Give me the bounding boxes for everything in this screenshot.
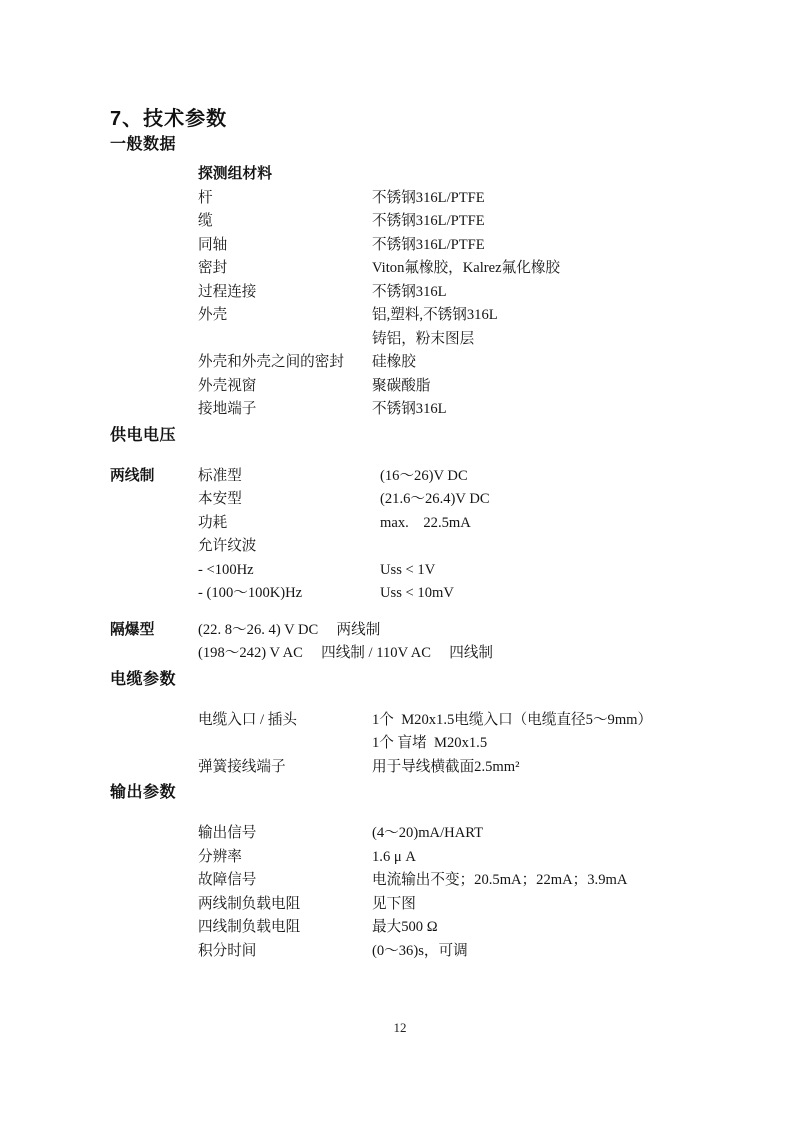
spec-value: 不锈钢316L/PTFE [372,210,752,234]
table-row: 缆 不锈钢316L/PTFE [110,210,752,234]
spec-label: 同轴 [198,234,372,258]
spec-value: 1个 盲堵 M20x1.5 [372,732,752,756]
technical-parameters-page: 7、技术参数 一般数据 探测组材料 杆 不锈钢316L/PTFE 缆 不锈钢31… [0,0,800,963]
table-row: 杆 不锈钢316L/PTFE [110,187,752,211]
spec-label: 接地端子 [198,398,372,422]
table-row: 两线制 标准型 (16～26)V DC [110,465,752,489]
spec-label: 故障信号 [198,869,372,893]
table-row: - (100～100K)Hz Uss < 10mV [110,582,752,606]
general-data-table: 探测组材料 杆 不锈钢316L/PTFE 缆 不锈钢316L/PTFE 同轴 不… [110,163,752,422]
supply-voltage-heading: 供电电压 [110,422,752,445]
spec-value: 铸铝，粉末图层 [372,328,752,352]
table-row: 探测组材料 [110,163,752,187]
spec-value [380,535,752,559]
spec-value: (21.6～26.4)V DC [380,488,752,512]
spec-value: max. 22.5mA [380,512,752,536]
two-wire-table: 两线制 标准型 (16～26)V DC 本安型 (21.6～26.4)V DC … [110,465,752,606]
table-row: 外壳和外壳之间的密封 硅橡胶 [110,351,752,375]
spec-value: Uss < 10mV [380,582,752,606]
flameproof-table: 隔爆型 (22. 8～26. 4) V DC 两线制 (198～242) V A… [110,619,752,666]
spec-value: 不锈钢316L [372,281,752,305]
spec-label: 允许纹波 [198,535,380,559]
spec-value: 硅橡胶 [372,351,752,375]
spec-value: 铝,塑料,不锈钢316L [372,304,752,328]
spec-label: 弹簧接线端子 [198,756,372,780]
spec-value: (22. 8～26. 4) V DC 两线制 [198,619,752,643]
table-row: 铸铝，粉末图层 [110,328,752,352]
table-row: 同轴 不锈钢316L/PTFE [110,234,752,258]
table-row: 隔爆型 (22. 8～26. 4) V DC 两线制 [110,619,752,643]
spec-label: 标准型 [198,465,380,489]
table-row: 外壳视窗 聚碳酸脂 [110,375,752,399]
spec-value: (0～36)s，可调 [372,940,752,964]
spec-label: 积分时间 [198,940,372,964]
spec-value: 见下图 [372,893,752,917]
spec-label: 外壳视窗 [198,375,372,399]
spec-label: 输出信号 [198,822,372,846]
spec-value: 用于导线横截面2.5mm² [372,756,752,780]
two-wire-label: 两线制 [110,465,198,489]
table-row: (198～242) V AC 四线制 / 110V AC 四线制 [110,642,752,666]
output-parameters-heading: 输出参数 [110,779,752,802]
table-row: 过程连接 不锈钢316L [110,281,752,305]
spec-label: - <100Hz [198,559,380,583]
spec-value: 不锈钢316L/PTFE [372,234,752,258]
table-row: 四线制负载电阻 最大500 Ω [110,916,752,940]
spec-label: 外壳 [198,304,372,328]
spec-value: 不锈钢316L [372,398,752,422]
spec-label [198,732,372,756]
table-row: 分辨率 1.6 μ A [110,846,752,870]
section-supply-voltage: 供电电压 两线制 标准型 (16～26)V DC 本安型 (21.6～26.4)… [110,422,752,666]
spec-label: 两线制负载电阻 [198,893,372,917]
spec-label: 功耗 [198,512,380,536]
spec-value: (16～26)V DC [380,465,752,489]
spec-value: 电流输出不变；20.5mA；22mA；3.9mA [372,869,752,893]
table-row: 输出信号 (4～20)mA/HART [110,822,752,846]
probe-materials-subheading: 探测组材料 [198,163,372,187]
spec-label: 密封 [198,257,372,281]
spec-value: (4～20)mA/HART [372,822,752,846]
table-row: 电缆入口 / 插头 1个 M20x1.5电缆入口（电缆直径5～9mm） [110,709,752,733]
table-row: 外壳 铝,塑料,不锈钢316L [110,304,752,328]
table-row: 积分时间 (0～36)s，可调 [110,940,752,964]
output-table: 输出信号 (4～20)mA/HART 分辨率 1.6 μ A 故障信号 电流输出… [110,822,752,963]
spec-label: 四线制负载电阻 [198,916,372,940]
spec-label: 缆 [198,210,372,234]
table-row: 弹簧接线端子 用于导线横截面2.5mm² [110,756,752,780]
flameproof-label: 隔爆型 [110,619,198,643]
page-footer: 12 [0,1020,800,1036]
section-cable-parameters: 电缆参数 电缆入口 / 插头 1个 M20x1.5电缆入口（电缆直径5～9mm）… [110,666,752,780]
table-row: 允许纹波 [110,535,752,559]
table-row: - <100Hz Uss < 1V [110,559,752,583]
spec-value: (198～242) V AC 四线制 / 110V AC 四线制 [198,642,752,666]
table-row: 密封 Viton氟橡胶，Kalrez氟化橡胶 [110,257,752,281]
table-row: 两线制负载电阻 见下图 [110,893,752,917]
spec-label: 分辨率 [198,846,372,870]
table-row: 功耗 max. 22.5mA [110,512,752,536]
table-row: 接地端子 不锈钢316L [110,398,752,422]
table-row: 本安型 (21.6～26.4)V DC [110,488,752,512]
spec-value: 最大500 Ω [372,916,752,940]
spec-label: 外壳和外壳之间的密封 [198,351,372,375]
spec-value: 1个 M20x1.5电缆入口（电缆直径5～9mm） [372,709,752,733]
spec-value: 1.6 μ A [372,846,752,870]
spec-label: 杆 [198,187,372,211]
page-title: 7、技术参数 [110,102,752,131]
spec-value: 不锈钢316L/PTFE [372,187,752,211]
general-data-heading: 一般数据 [110,131,752,154]
table-row: 故障信号 电流输出不变；20.5mA；22mA；3.9mA [110,869,752,893]
spec-value: 聚碳酸脂 [372,375,752,399]
spec-value: Viton氟橡胶，Kalrez氟化橡胶 [372,257,752,281]
cable-parameters-heading: 电缆参数 [110,666,752,689]
spec-label: 电缆入口 / 插头 [198,709,372,733]
spec-value: Uss < 1V [380,559,752,583]
spec-label: - (100～100K)Hz [198,582,380,606]
spec-label: 本安型 [198,488,380,512]
spec-label: 过程连接 [198,281,372,305]
cable-table: 电缆入口 / 插头 1个 M20x1.5电缆入口（电缆直径5～9mm） 1个 盲… [110,709,752,780]
table-row: 1个 盲堵 M20x1.5 [110,732,752,756]
spec-label [198,328,372,352]
section-general-data: 一般数据 探测组材料 杆 不锈钢316L/PTFE 缆 不锈钢316L/PTFE… [110,131,752,422]
section-output-parameters: 输出参数 输出信号 (4～20)mA/HART 分辨率 1.6 μ A 故障信号… [110,779,752,963]
page-number: 12 [394,1020,407,1035]
